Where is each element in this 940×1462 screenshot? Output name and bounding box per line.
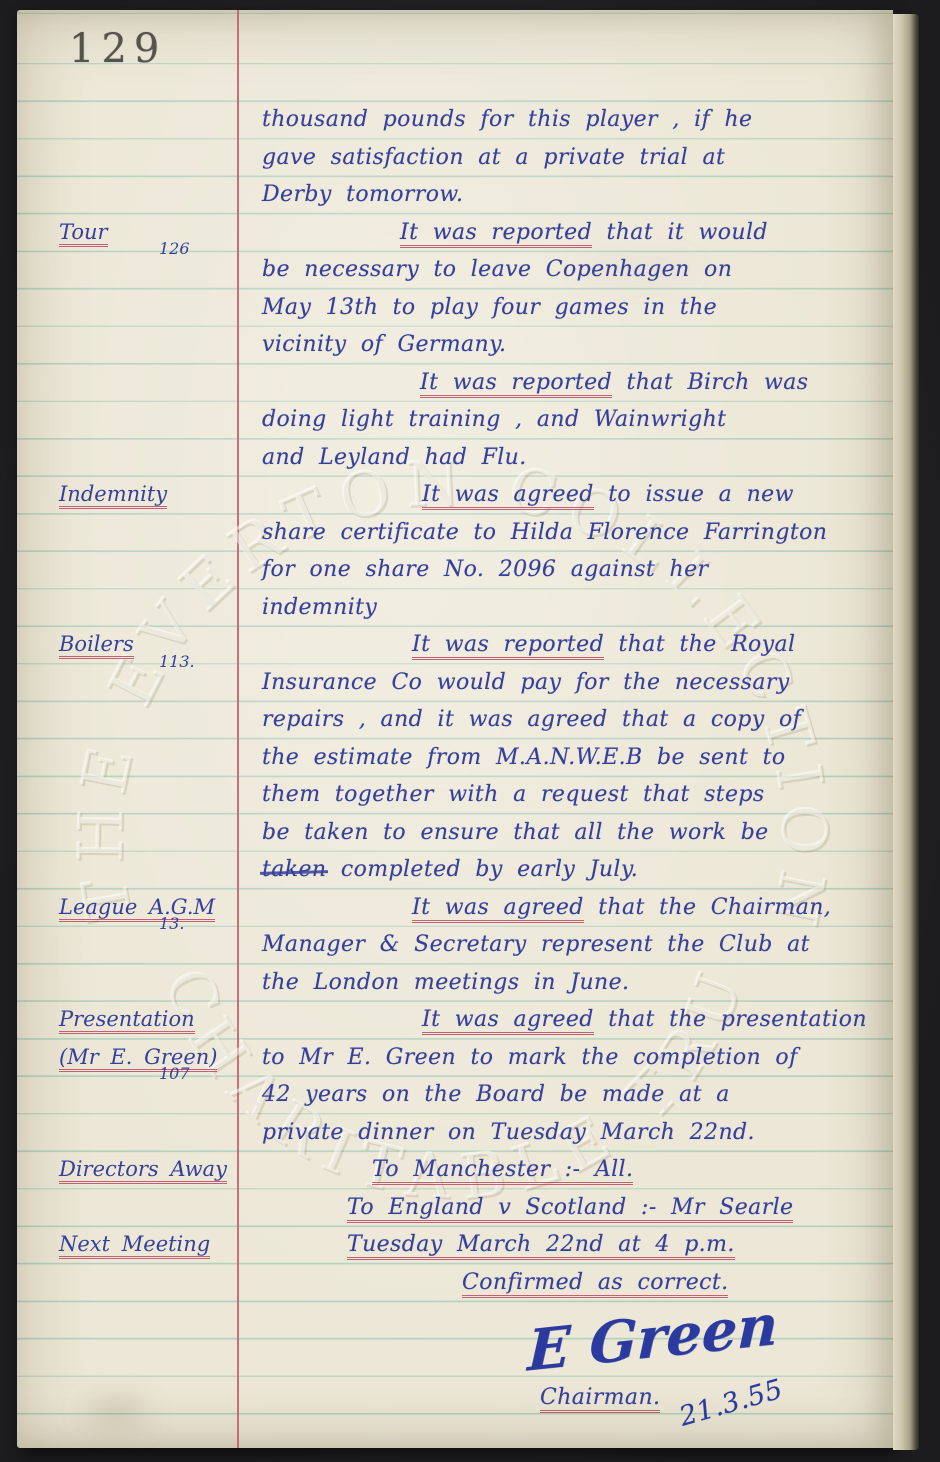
body-line: repairs , and it was agreed that a copy … — [262, 701, 893, 739]
body-line: It was reported that Birch was — [262, 364, 893, 402]
margin-ref: 113. — [59, 652, 237, 669]
section-next-meeting: Next Meeting Tuesday March 22nd at 4 p.m… — [17, 1226, 893, 1264]
section-boilers: Boilers 113. It was reported that the Ro… — [17, 626, 893, 889]
margin-label-indemnity: Indemnity — [59, 482, 167, 509]
section-training-report: It was reported that Birch was doing lig… — [17, 364, 893, 477]
meeting-date: 21.3.55 — [676, 1374, 786, 1433]
photo-background: { "page": { "number": "129" }, "watermar… — [0, 0, 940, 1462]
body-line: vicinity of Germany. — [262, 326, 893, 364]
margin-label-presentation: Presentation — [59, 1007, 195, 1034]
body-line: Manager & Secretary represent the Club a… — [262, 926, 893, 964]
body-line: thousand pounds for this player , if he — [262, 101, 893, 139]
section-presentation: Presentation (Mr E. Green) 107 It was ag… — [17, 1001, 893, 1151]
margin-ref: 107 — [59, 1064, 237, 1081]
body-line: It was agreed to issue a new — [262, 476, 893, 514]
margin-label-next-meeting: Next Meeting — [59, 1232, 210, 1259]
margin-label-directors-away: Directors Away — [59, 1157, 227, 1184]
page-number-stamp: 129 — [69, 26, 166, 72]
book-page-edges — [893, 14, 919, 1450]
body-line: 42 years on the Board be made at a — [262, 1076, 893, 1114]
body-line: gave satisfaction at a private trial at — [262, 139, 893, 177]
margin-ref: 126 — [59, 239, 237, 256]
section-league-agm: League A.G.M 13. It was agreed that the … — [17, 889, 893, 1002]
body-line: It was reported that the Royal — [262, 626, 893, 664]
body-line: To Manchester :- All. — [262, 1151, 893, 1189]
section-tour: Tour 126 It was reported that it would b… — [17, 214, 893, 364]
chairman-signature: E Green — [526, 1288, 779, 1389]
body-line: be taken to ensure that all the work be — [262, 814, 893, 852]
confirmed-line: Confirmed as correct. — [262, 1264, 893, 1302]
body-line: for one share No. 2096 against her — [262, 551, 893, 589]
body-line: and Leyland had Flu. — [262, 439, 893, 477]
body-line: indemnity — [262, 589, 893, 627]
body-line: taken completed by early July. — [262, 851, 893, 889]
body-line: It was agreed that the Chairman, — [262, 889, 893, 927]
body-line: To England v Scotland :- Mr Searle — [262, 1189, 893, 1227]
section-indemnity: Indemnity It was agreed to issue a new s… — [17, 476, 893, 626]
body-line: May 13th to play four games in the — [262, 289, 893, 327]
chairman-label: Chairman. — [540, 1385, 660, 1413]
body-line: be necessary to leave Copenhagen on — [262, 251, 893, 289]
body-line: them together with a request that steps — [262, 776, 893, 814]
body-line: Derby tomorrow. — [262, 176, 893, 214]
margin-ref: 13. — [59, 914, 237, 931]
body-line: doing light training , and Wainwright — [262, 401, 893, 439]
body-line: Tuesday March 22nd at 4 p.m. — [262, 1226, 893, 1264]
section-continuation: thousand pounds for this player , if he … — [17, 101, 893, 214]
body-line: the estimate from M.A.N.W.E.B be sent to — [262, 739, 893, 777]
section-closing: Confirmed as correct. E Green Chairman.2… — [17, 1264, 893, 1417]
body-line: the London meetings in June. — [262, 964, 893, 1002]
section-directors-away: Directors Away To Manchester :- All. To … — [17, 1151, 893, 1226]
body-line: Insurance Co would pay for the necessary — [262, 664, 893, 702]
minute-book-page: 129 THE EVERTON COLLECTION THE EVERTON C… — [17, 10, 893, 1448]
handwritten-minutes: thousand pounds for this player , if he … — [17, 101, 893, 1417]
body-line: It was agreed that the presentation — [262, 1001, 893, 1039]
body-line: It was reported that it would — [262, 214, 893, 252]
body-line: share certificate to Hilda Florence Farr… — [262, 514, 893, 552]
body-line: private dinner on Tuesday March 22nd. — [262, 1114, 893, 1152]
body-line: to Mr E. Green to mark the completion of — [262, 1039, 893, 1077]
